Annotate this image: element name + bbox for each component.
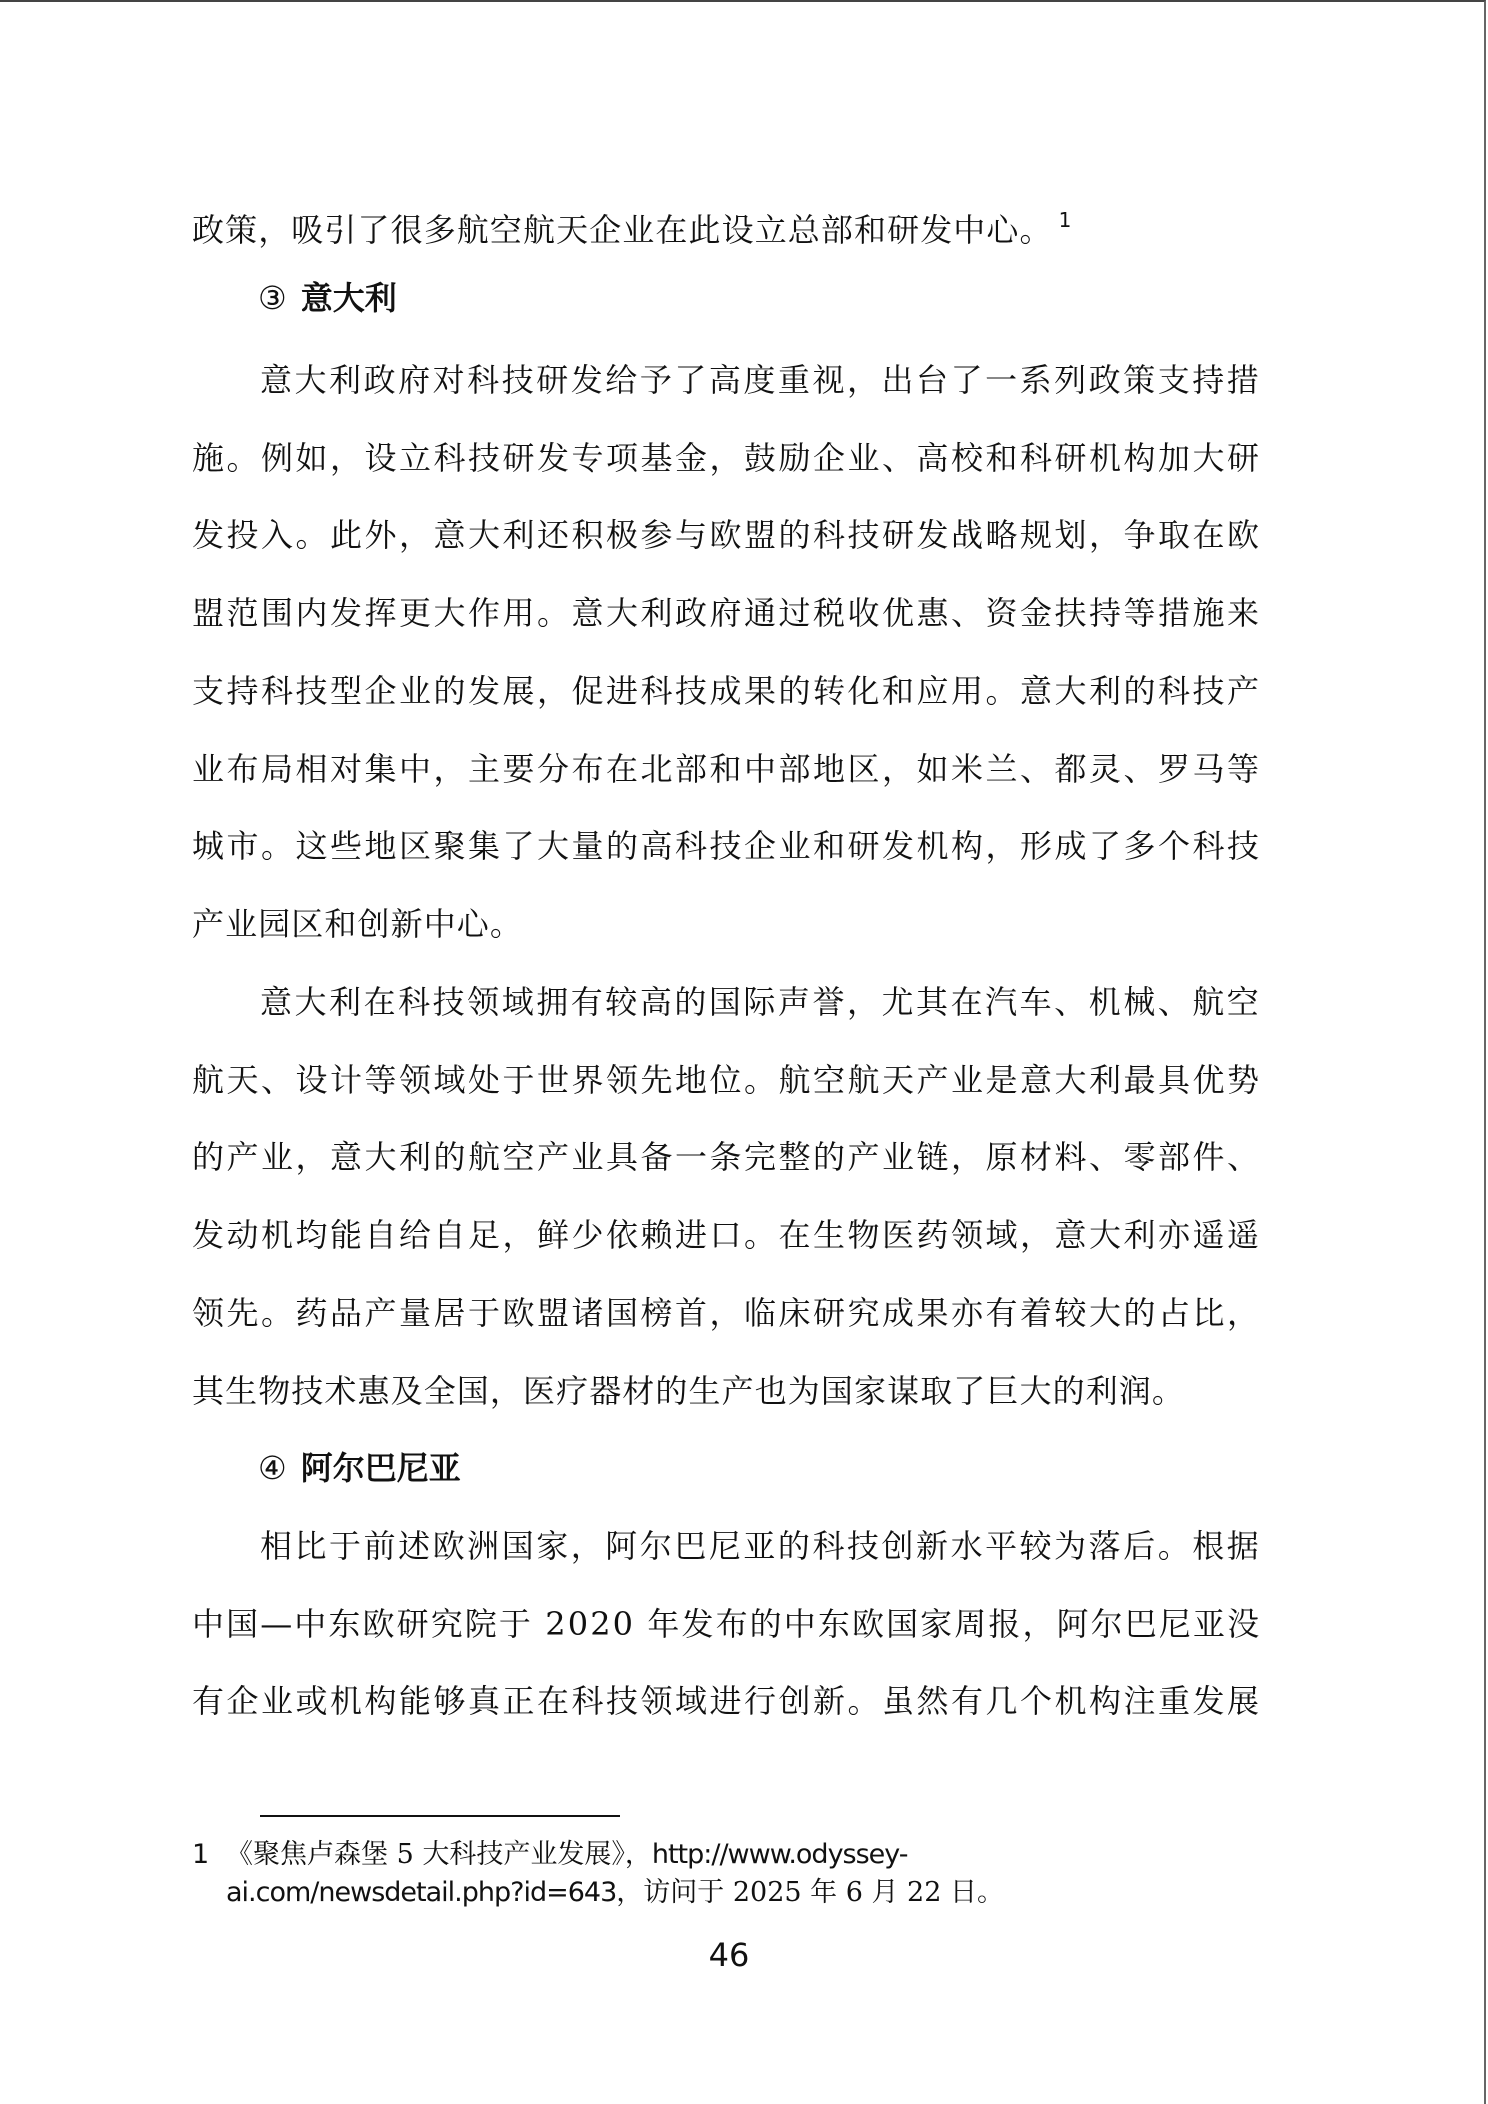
text-line: 政策，吸引了很多航空航天企业在此设立总部和研发中心。1 (192, 200, 1072, 250)
text-line-content: 政策，吸引了很多航空航天企业在此设立总部和研发中心。 (192, 211, 1053, 249)
footnote-source-title: 《聚焦卢森堡 5 大科技产业发展》， (226, 1839, 652, 1870)
text-line: 发投入。此外，意大利还积极参与欧盟的科技研发战略规划，争取在欧 (192, 515, 1262, 555)
text-line: 发动机均能自给自足，鲜少依赖进口。在生物医药领域，意大利亦遥遥 (192, 1215, 1262, 1255)
footnote-1-continued: ai.com/newsdetail.php?id=643，访问于 2025 年 … (226, 1876, 1004, 1910)
footnote-separator (260, 1815, 620, 1817)
section-title: 意大利 (301, 279, 397, 317)
footnote-access-date: ，访问于 2025 年 6 月 22 日。 (616, 1877, 1004, 1908)
section-heading-albania: ④阿尔巴尼亚 (258, 1448, 461, 1488)
text-line: 有企业或机构能够真正在科技领域进行创新。虽然有几个机构注重发展 (192, 1681, 1262, 1721)
footnote-url[interactable]: http://www.odyssey- (652, 1839, 908, 1870)
circled-number-3: ③ (258, 279, 287, 317)
text-line: 其生物技术惠及全国，医疗器材的生产也为国家谋取了巨大的利润。 (192, 1371, 1185, 1411)
text-line: 城市。这些地区聚集了大量的高科技企业和研发机构，形成了多个科技 (192, 826, 1262, 866)
text-line: 业布局相对集中，主要分布在北部和中部地区，如米兰、都灵、罗马等 (192, 749, 1262, 789)
text-line: 意大利政府对科技研发给予了高度重视，出台了一系列政策支持措 (260, 360, 1261, 400)
footnote-number: 1 (192, 1838, 226, 1872)
footnote-reference[interactable]: 1 (1059, 208, 1073, 232)
footnote-1: 1《聚焦卢森堡 5 大科技产业发展》，http://www.odyssey- (192, 1838, 908, 1872)
text-line: 相比于前述欧洲国家，阿尔巴尼亚的科技创新水平较为落后。根据 (260, 1526, 1261, 1566)
section-title: 阿尔巴尼亚 (301, 1449, 461, 1487)
document-page: 政策，吸引了很多航空航天企业在此设立总部和研发中心。1 ③意大利 意大利政府对科… (0, 0, 1486, 2104)
text-line: 盟范围内发挥更大作用。意大利政府通过税收优惠、资金扶持等措施来 (192, 593, 1262, 633)
text-line: 的产业，意大利的航空产业具备一条完整的产业链，原材料、零部件、 (192, 1137, 1262, 1177)
text-line: 领先。药品产量居于欧盟诸国榜首，临床研究成果亦有着较大的占比， (192, 1293, 1262, 1333)
text-line: 航天、设计等领域处于世界领先地位。航空航天产业是意大利最具优势 (192, 1060, 1262, 1100)
circled-number-4: ④ (258, 1449, 287, 1487)
page-number: 46 (0, 1936, 1458, 1974)
text-line: 施。例如，设立科技研发专项基金，鼓励企业、高校和科研机构加大研 (192, 438, 1262, 478)
footnote-url-continued[interactable]: ai.com/newsdetail.php?id=643 (226, 1877, 616, 1908)
text-line: 产业园区和创新中心。 (192, 904, 523, 944)
text-line: 意大利在科技领域拥有较高的国际声誉，尤其在汽车、机械、航空 (260, 982, 1261, 1022)
text-line: 中国—中东欧研究院于 2020 年发布的中东欧国家周报，阿尔巴尼亚没 (192, 1604, 1261, 1644)
text-line: 支持科技型企业的发展，促进科技成果的转化和应用。意大利的科技产 (192, 671, 1262, 711)
section-heading-italy: ③意大利 (258, 278, 397, 318)
